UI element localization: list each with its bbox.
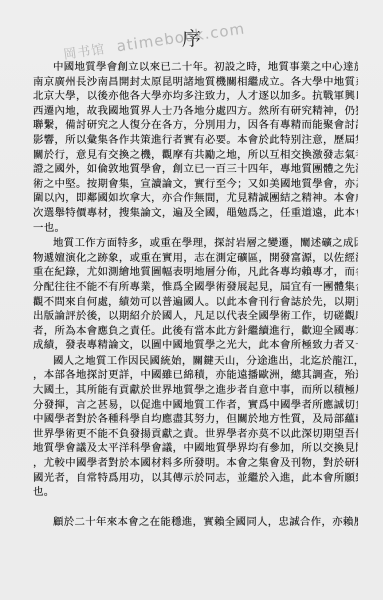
text-line: 也。 [33, 485, 358, 500]
text-line: 世界學術更不能不負發揚貢獻之責。世界學者亦莫不以此深切期望吾儕，歷屆國際 [33, 427, 358, 442]
text-line: 重在紀錄，尤如測繪地質圖幅表明地層分佈，凡此各專均賴專才，而各種關之職務 [33, 265, 358, 280]
text-line: 南京廣州長沙南昌開封太原昆明諸地質機關相繼成立。各大學中地質系亦之逐漸始於 [33, 75, 358, 90]
text-line: 分發揮，言之甚易，以促進中國地質工作者，實爲中國學者所應誠切負擔之責任。 [33, 398, 358, 413]
text-line: 西遷內地，故我國地質界人士乃各地分處四方。然所有研究精神，仍猶互相 [33, 104, 358, 119]
text-line: 者，所為本會應負之責任。此後有當本此方針繼續進行，歡迎全國專才，鼓勵科學 [33, 324, 358, 339]
text-line: 地質工作方面特多，或重在學理，探討岩層之變遷，闡述礦之成因，以及生 [33, 236, 358, 251]
text-line: 次選舉特價專材，搜集論文，遍及全國，黽勉爲之，任重道遠，此本會所極致力者 [33, 206, 358, 221]
preface-body: 中國地質學會創立以來已二十年。初設之時，地質事業之中心達於北平。嗣設 南京廣州長… [33, 60, 358, 530]
text-line: 分配往往不能不有所專業，惟爲全國學術發展起見，屆宜有一團體集合進行，俾資 [33, 280, 358, 295]
text-line: 出版論評於後，以期紹介於國人，凡足以代表全國學術工作，切磋觀摩，促成進步 [33, 309, 358, 324]
text-line: 中國地質學會創立以來已二十年。初設之時，地質事業之中心達於北平。嗣設 [33, 60, 358, 75]
text-line: 地質學會議及太平洋科學會議，中國地質學界均有參加，所以交換見聞增加知識者 [33, 441, 358, 456]
text-line: 觀不問來自何處，績効可以普遍國人。以此本會刊行會誌於先，以期貢獻於世界， [33, 295, 358, 310]
paragraph-gap [33, 501, 358, 515]
paragraph-3: 國人之地質工作因民國統始，關鍵天山，分途進出，北迄於龍江，西涉於中亞 ，本部各地… [33, 354, 358, 500]
text-line: 關於行，意見有交換之機，觀摩有共勵之地，所以互相交換激發志氣者本於是在。 [33, 148, 358, 163]
text-line: ，本部各地探討更詳，中國雖已綿積，亦能遠播歐洲，總其調查，殆逾百年，以如此廣 [33, 368, 358, 383]
text-line: 聯繫，備討研究之人復分在各方，分別用力，因各有專精而能聚會討論，仍賴互相 [33, 118, 358, 133]
paragraph-1: 中國地質學會創立以來已二十年。初設之時，地質事業之中心達於北平。嗣設 南京廣州長… [33, 60, 358, 235]
text-line: 中國學者對於各種科學自均應盡其努力，但關於地方性質，及局部蘊藏者，則對於 [33, 412, 358, 427]
text-line: ，尤較中國學者對於本國材料多所發明。本會之集會及刊物，對於研精學理，發揚 [33, 456, 358, 471]
text-line: 圍以內，即鄰國如坎拿大，亦合作無間，尤見精誠團結之精神。本會成立以來，歷 [33, 191, 358, 206]
text-line: 成績，發表專精論文，以圖中國地質學之光大，此本會所極致力者又一也。 [33, 338, 358, 353]
text-line: 大國土，其所能有貢獻於世界地質學之進步者自意中事，而所以積極用功，充 [33, 383, 358, 398]
paragraph-2: 地質工作方面特多，或重在學理，探討岩層之變遷，闡述礦之成因，以及生 物遞嬗演化之… [33, 236, 358, 353]
paragraph-4: 顧於二十年來本會之在能穩進，實賴全國同人，忠誠合作，亦賴歷屆會長理事 [33, 515, 358, 530]
text-line: 顧於二十年來本會之在能穩進，實賴全國同人，忠誠合作，亦賴歷屆會長理事 [33, 515, 358, 530]
text-line: 影響，所以彙集各作共策進行者實有必要。本會於此特别注意，歷屆集會討論，凡 [33, 133, 358, 148]
text-line: 物遞嬗演化之跡象，或重在實用，志在測定礦區，開發富源，以佐經濟之發展，或 [33, 251, 358, 266]
scanned-page: 序 岡书馆 atimebook.com 中國地質學會創立以來已二十年。初設之時，… [0, 0, 383, 600]
text-line: 一也。 [33, 221, 358, 236]
text-line: 證之國外，如倫敦地質學會，創立已一百三十四年，專地質團體之先河，為全國學 [33, 162, 358, 177]
text-line: 國人之地質工作因民國統始，關鍵天山，分途進出，北迄於龍江，西涉於中亞 [33, 354, 358, 369]
text-line: 術之中堅。按期會集，宣讀論文，實行至今；又如美國地質學會，亦為各邦皆在範 [33, 177, 358, 192]
text-line: 國光者，自常特爲用功，以其傳示於同志，並繼於入進，此本會所願致力者又一 [33, 471, 358, 486]
text-line: 北京大學，以後亦他各大學亦均多注致力，人才逐以加多。抗戰軍興以後，各機械 [33, 89, 358, 104]
